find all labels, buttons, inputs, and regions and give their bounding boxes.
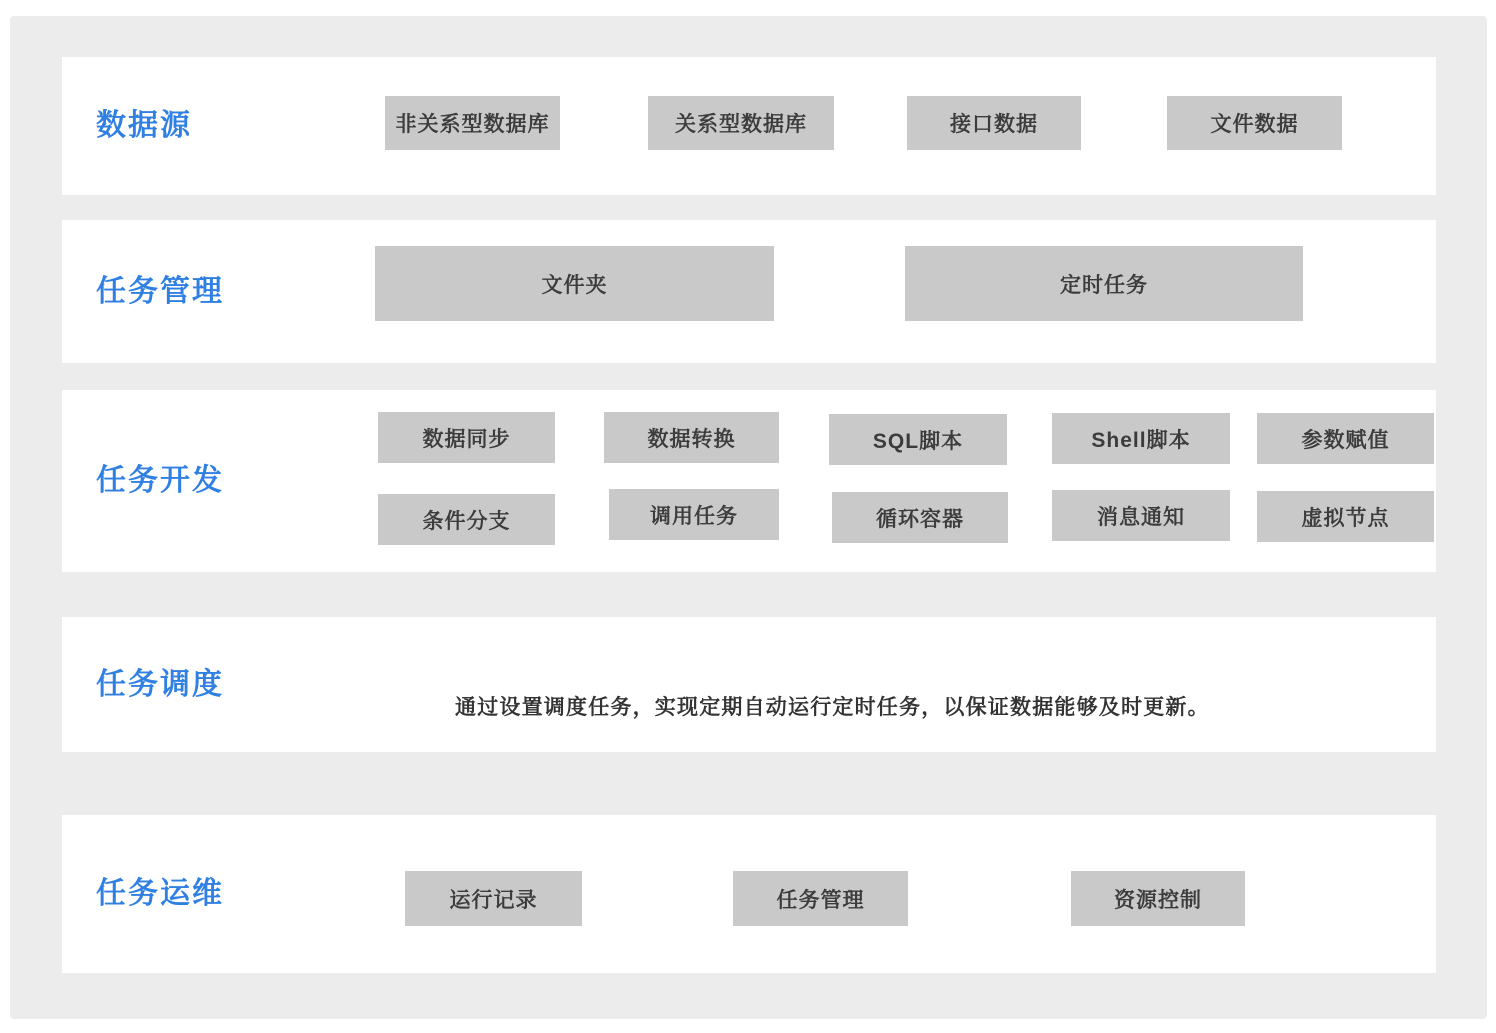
box-sql-script: SQL脚本 xyxy=(829,414,1007,465)
row-task-scheduling: 任务调度 通过设置调度任务，实现定期自动运行定时任务，以保证数据能够及时更新。 xyxy=(62,617,1436,752)
box-run-history: 运行记录 xyxy=(405,871,582,926)
box-data-sync: 数据同步 xyxy=(378,412,555,463)
box-folder: 文件夹 xyxy=(375,246,774,321)
box-api-data: 接口数据 xyxy=(907,96,1081,150)
box-data-transform: 数据转换 xyxy=(604,412,779,463)
row-label-task-operations: 任务运维 xyxy=(96,879,224,909)
row-label-task-scheduling: 任务调度 xyxy=(96,670,224,700)
box-relational-database: 关系型数据库 xyxy=(648,96,834,150)
box-call-task: 调用任务 xyxy=(609,489,779,540)
box-task-management: 任务管理 xyxy=(733,871,908,926)
box-shell-script: Shell脚本 xyxy=(1052,413,1230,464)
row-label-task-development: 任务开发 xyxy=(96,466,224,496)
row-data-source: 数据源 非关系型数据库 关系型数据库 接口数据 文件数据 xyxy=(62,57,1436,195)
box-condition-branch: 条件分支 xyxy=(378,494,555,545)
box-loop-container: 循环容器 xyxy=(832,492,1008,543)
box-file-data: 文件数据 xyxy=(1167,96,1342,150)
box-scheduled-task: 定时任务 xyxy=(905,246,1303,321)
page-canvas: 数据源 非关系型数据库 关系型数据库 接口数据 文件数据 任务管理 文件夹 定时… xyxy=(0,0,1496,1033)
row-task-management: 任务管理 文件夹 定时任务 xyxy=(62,220,1436,363)
scheduling-description: 通过设置调度任务，实现定期自动运行定时任务，以保证数据能够及时更新。 xyxy=(455,691,1210,721)
row-task-operations: 任务运维 运行记录 任务管理 资源控制 xyxy=(62,815,1436,973)
box-virtual-node: 虚拟节点 xyxy=(1257,491,1434,542)
diagram-board: 数据源 非关系型数据库 关系型数据库 接口数据 文件数据 任务管理 文件夹 定时… xyxy=(10,16,1487,1019)
row-label-task-management: 任务管理 xyxy=(96,277,224,307)
box-parameter-assignment: 参数赋值 xyxy=(1257,413,1434,464)
box-non-relational-database: 非关系型数据库 xyxy=(385,96,560,150)
row-task-development: 任务开发 数据同步 数据转换 SQL脚本 Shell脚本 参数赋值 条件分支 调… xyxy=(62,390,1436,572)
box-message-notification: 消息通知 xyxy=(1052,490,1230,541)
box-resource-control: 资源控制 xyxy=(1071,871,1245,926)
row-label-data-source: 数据源 xyxy=(96,111,192,141)
